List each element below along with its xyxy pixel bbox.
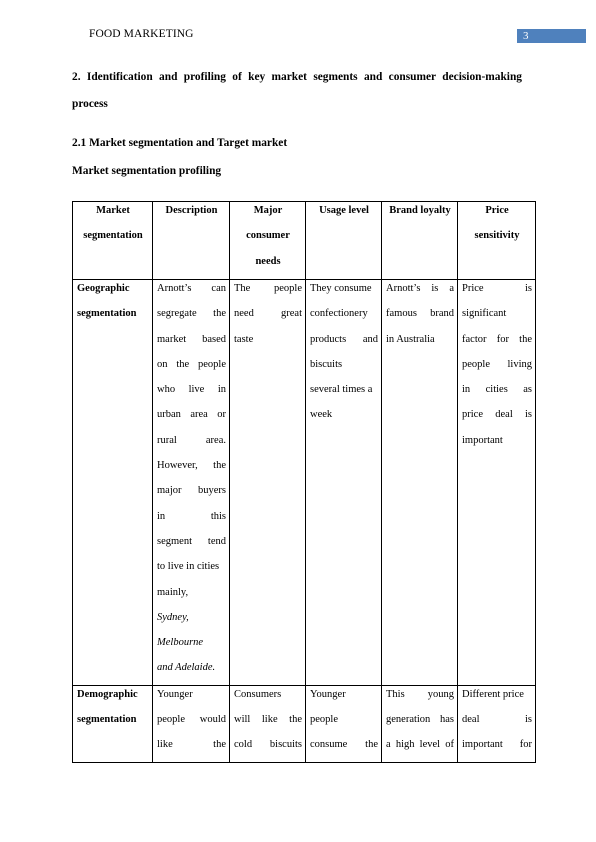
cell-text-line: who live in xyxy=(157,381,226,406)
price-cell: Different pricedeal isimportant for xyxy=(458,685,536,762)
cell-text-line: several times a xyxy=(310,381,378,406)
segment-name-line: Demographic xyxy=(77,686,149,711)
cell-text-line: Different price xyxy=(462,686,532,711)
cell-text-line: people would xyxy=(157,711,226,736)
cell-text-line: in cities as xyxy=(462,381,532,406)
table-row: GeographicsegmentationArnott’s cansegreg… xyxy=(73,280,536,686)
column-header-line: needs xyxy=(234,253,302,278)
description-cell: Youngerpeople wouldlike the xyxy=(153,685,230,762)
cell-text-line: Younger xyxy=(157,686,226,711)
description-cell: Arnott’s cansegregate themarket basedon … xyxy=(153,280,230,686)
segment-name-cell: Demographicsegmentation xyxy=(73,685,153,762)
page-number-badge: 3 xyxy=(517,29,586,43)
cell-text-line: market based xyxy=(157,331,226,356)
column-header-line: consumer xyxy=(234,227,302,252)
usage-cell: They consumeconfectioneryproducts andbis… xyxy=(306,280,382,686)
cell-text-line: They consume xyxy=(310,280,378,305)
cell-text-line: segregate the xyxy=(157,305,226,330)
usage-cell: Youngerpeopleconsume the xyxy=(306,685,382,762)
loyalty-cell: Arnott’s is afamous brandin Australia xyxy=(382,280,458,686)
section-title-line: 2. Identification and profiling of key m… xyxy=(72,71,522,83)
segment-name-line: segmentation xyxy=(77,305,149,330)
cell-text-line: Melbourne xyxy=(157,634,226,659)
column-header-line: Market xyxy=(77,202,149,227)
segment-name-line: Geographic xyxy=(77,280,149,305)
cell-text-line: important for xyxy=(462,736,532,761)
column-header-description: Description xyxy=(153,202,230,280)
cell-text-line: The people xyxy=(234,280,302,305)
cell-text-line: products and xyxy=(310,331,378,356)
column-header-line: Brand loyalty xyxy=(386,202,454,227)
cell-text-line: week xyxy=(310,406,378,431)
cell-text-line: biscuits xyxy=(310,356,378,381)
cell-text-line: consume the xyxy=(310,736,378,761)
cell-text-line: will like the xyxy=(234,711,302,736)
cell-text-line: need great xyxy=(234,305,302,330)
cell-text-line: and Adelaide. xyxy=(157,659,226,684)
running-header-title: FOOD MARKETING xyxy=(89,28,194,40)
segment-name-line: segmentation xyxy=(77,711,149,736)
cell-text-line: major buyers xyxy=(157,482,226,507)
cell-text-line: urban area or xyxy=(157,406,226,431)
cell-text-line: confectionery xyxy=(310,305,378,330)
cell-text-line: significant xyxy=(462,305,532,330)
cell-text-line: cold biscuits xyxy=(234,736,302,761)
cell-text-line: generation has xyxy=(386,711,454,736)
cell-text-line: deal is xyxy=(462,711,532,736)
cell-text-line: segment tend xyxy=(157,533,226,558)
cell-text-line: taste xyxy=(234,331,302,356)
cell-text-line: a high level of xyxy=(386,736,454,761)
column-header-brand-loyalty: Brand loyalty xyxy=(382,202,458,280)
cell-text-line: Arnott’s can xyxy=(157,280,226,305)
column-header-line: Price xyxy=(462,202,532,227)
cell-text-line: people living xyxy=(462,356,532,381)
column-header-major-consumer-needs: Majorconsumerneeds xyxy=(230,202,306,280)
column-header-line: Description xyxy=(157,202,226,227)
section-title-line: process xyxy=(72,98,108,110)
column-header-market-segmentation: Marketsegmentation xyxy=(73,202,153,280)
cell-text-line: in Australia xyxy=(386,331,454,356)
cell-text-line: Arnott’s is a xyxy=(386,280,454,305)
cell-text-line: mainly, xyxy=(157,584,226,609)
segment-name-cell: Geographicsegmentation xyxy=(73,280,153,686)
column-header-usage-level: Usage level xyxy=(306,202,382,280)
cell-text-line: factor for the xyxy=(462,331,532,356)
column-header-price-sensitivity: Pricesensitivity xyxy=(458,202,536,280)
cell-text-line: This young xyxy=(386,686,454,711)
subsection-title: 2.1 Market segmentation and Target marke… xyxy=(72,137,287,149)
cell-text-line: in this xyxy=(157,508,226,533)
price-cell: Price issignificantfactor for thepeople … xyxy=(458,280,536,686)
needs-cell: The peopleneed greattaste xyxy=(230,280,306,686)
needs-cell: Consumerswill like thecold biscuits xyxy=(230,685,306,762)
cell-text-line: price deal is xyxy=(462,406,532,431)
column-header-line: Major xyxy=(234,202,302,227)
cell-text-line: However, the xyxy=(157,457,226,482)
cell-text-line: people xyxy=(310,711,378,736)
market-segmentation-table: MarketsegmentationDescriptionMajorconsum… xyxy=(72,201,536,763)
cell-text-line: on the people xyxy=(157,356,226,381)
cell-text-line: Price is xyxy=(462,280,532,305)
cell-text-line: Sydney, xyxy=(157,609,226,634)
cell-text-line: Younger xyxy=(310,686,378,711)
column-header-line: segmentation xyxy=(77,227,149,252)
table-header-row: MarketsegmentationDescriptionMajorconsum… xyxy=(73,202,536,280)
cell-text-line: Consumers xyxy=(234,686,302,711)
cell-text-line: important xyxy=(462,432,532,457)
column-header-line: Usage level xyxy=(310,202,378,227)
cell-text-line: like the xyxy=(157,736,226,761)
loyalty-cell: This younggeneration hasa high level of xyxy=(382,685,458,762)
table-row: DemographicsegmentationYoungerpeople wou… xyxy=(73,685,536,762)
cell-text-line: famous brand xyxy=(386,305,454,330)
cell-text-line: to live in cities xyxy=(157,558,226,583)
column-header-line: sensitivity xyxy=(462,227,532,252)
cell-text-line: rural area. xyxy=(157,432,226,457)
table-subheading: Market segmentation profiling xyxy=(72,165,221,177)
